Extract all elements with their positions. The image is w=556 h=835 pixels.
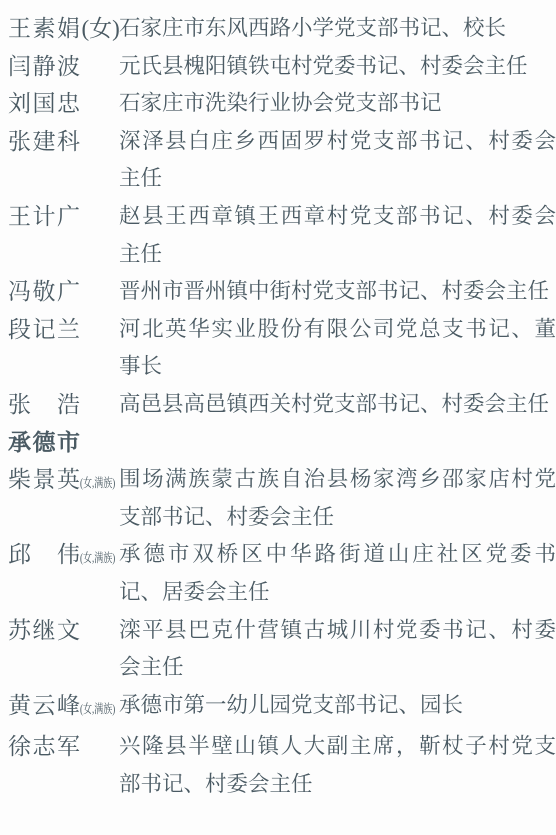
- person-description: 承德市双桥区中华路街道山庄社区党委书记、居委会主任: [119, 536, 556, 611]
- list-item: 柴景英(女,满族) 围场满族蒙古族自治县杨家湾乡邵家店村党支部书记、村委会主任: [8, 461, 556, 536]
- description-line: 事长: [119, 348, 556, 386]
- section-title: 承德市: [8, 424, 82, 462]
- description-line: 兴隆县半壁山镇人大副主席，靳杖子村党支: [119, 728, 556, 766]
- description-line: 主任: [119, 160, 556, 198]
- description-line: 石家庄市洗染行业协会党支部书记: [119, 85, 556, 123]
- person-description: 高邑县高邑镇西关村党支部书记、村委会主任: [119, 386, 556, 424]
- person-description: 深泽县白庄乡西固罗村党支部书记、村委会主任: [119, 123, 556, 198]
- person-description: 兴隆县半壁山镇人大副主席，靳杖子村党支部书记、村委会主任: [119, 728, 556, 803]
- description-line: 承德市第一幼儿园党支部书记、园长: [119, 687, 556, 725]
- list-item: 张 浩 高邑县高邑镇西关村党支部书记、村委会主任: [8, 386, 556, 424]
- description-line: 支部书记、村委会主任: [119, 499, 556, 537]
- person-name: 王计广: [8, 204, 82, 229]
- person-name-cell: 苏继文: [8, 612, 119, 650]
- person-name: 刘国忠: [8, 91, 82, 116]
- person-name-cell: 王素娟(女): [8, 10, 119, 48]
- person-name: 柴景英: [8, 467, 82, 492]
- person-name: 王素娟: [8, 16, 82, 41]
- person-description: 承德市第一幼儿园党支部书记、园长: [119, 687, 556, 725]
- person-name: 苏继文: [8, 618, 82, 643]
- description-line: 滦平县巴克什营镇古城川村党委书记、村委: [119, 612, 556, 650]
- entry-list: 王素娟(女) 石家庄市东风西路小学党支部书记、校长 闫静波 元氏县槐阳镇铁屯村党…: [8, 10, 556, 803]
- person-name-cell: 张建科: [8, 123, 119, 161]
- description-line: 承德市双桥区中华路街道山庄社区党委书: [119, 536, 556, 574]
- person-description: 河北英华实业股份有限公司党总支书记、董事长: [119, 311, 556, 386]
- person-name-cell: 刘国忠: [8, 85, 119, 123]
- description-line: 会主任: [119, 649, 556, 687]
- person-description: 滦平县巴克什营镇古城川村党委书记、村委会主任: [119, 612, 556, 687]
- list-item: 黄云峰(女,满族) 承德市第一幼儿园党支部书记、园长: [8, 687, 556, 729]
- list-item: 邱 伟(女,满族) 承德市双桥区中华路街道山庄社区党委书记、居委会主任: [8, 536, 556, 611]
- person-name: 邱 伟: [8, 542, 82, 567]
- person-name: 冯敬广: [8, 279, 82, 304]
- person-annotation: (女,满族): [80, 540, 109, 578]
- person-name-cell: 冯敬广: [8, 273, 119, 311]
- list-item: 刘国忠 石家庄市洗染行业协会党支部书记: [8, 85, 556, 123]
- person-annotation: (女,满族): [80, 691, 109, 729]
- person-name-cell: 邱 伟(女,满族): [8, 536, 119, 578]
- description-line: 元氏县槐阳镇铁屯村党委书记、村委会主任: [119, 48, 556, 86]
- person-annotation: (女): [82, 16, 120, 41]
- description-line: 围场满族蒙古族自治县杨家湾乡邵家店村党: [119, 461, 556, 499]
- person-description: 赵县王西章镇王西章村党支部书记、村委会主任: [119, 198, 556, 273]
- description-line: 记、居委会主任: [119, 574, 556, 612]
- person-description: 晋州市晋州镇中街村党支部书记、村委会主任: [119, 273, 556, 311]
- person-name-cell: 柴景英(女,满族): [8, 461, 119, 503]
- description-line: 石家庄市东风西路小学党支部书记、校长: [119, 10, 556, 48]
- description-line: 部书记、村委会主任: [119, 766, 556, 804]
- document-page: 王素娟(女) 石家庄市东风西路小学党支部书记、校长 闫静波 元氏县槐阳镇铁屯村党…: [0, 0, 556, 835]
- list-item: 张建科 深泽县白庄乡西固罗村党支部书记、村委会主任: [8, 123, 556, 198]
- person-name: 张 浩: [8, 392, 82, 417]
- person-name: 段记兰: [8, 317, 82, 342]
- person-description: 围场满族蒙古族自治县杨家湾乡邵家店村党支部书记、村委会主任: [119, 461, 556, 536]
- list-item: 王计广 赵县王西章镇王西章村党支部书记、村委会主任: [8, 198, 556, 273]
- person-name: 黄云峰: [8, 693, 82, 718]
- person-name: 闫静波: [8, 54, 82, 79]
- person-description: 石家庄市东风西路小学党支部书记、校长: [119, 10, 556, 48]
- list-item: 冯敬广 晋州市晋州镇中街村党支部书记、村委会主任: [8, 273, 556, 311]
- description-line: 高邑县高邑镇西关村党支部书记、村委会主任: [119, 386, 556, 424]
- person-name-cell: 闫静波: [8, 48, 119, 86]
- person-annotation: (女,满族): [80, 465, 109, 503]
- list-item: 王素娟(女) 石家庄市东风西路小学党支部书记、校长: [8, 10, 556, 48]
- list-item: 苏继文 滦平县巴克什营镇古城川村党委书记、村委会主任: [8, 612, 556, 687]
- person-name-cell: 王计广: [8, 198, 119, 236]
- description-line: 深泽县白庄乡西固罗村党支部书记、村委会: [119, 123, 556, 161]
- person-name: 徐志军: [8, 734, 82, 759]
- section-header: 承德市: [8, 424, 556, 462]
- description-line: 河北英华实业股份有限公司党总支书记、董: [119, 311, 556, 349]
- person-name: 张建科: [8, 129, 82, 154]
- description-line: 晋州市晋州镇中街村党支部书记、村委会主任: [119, 273, 556, 311]
- description-line: 主任: [119, 236, 556, 274]
- description-line: 赵县王西章镇王西章村党支部书记、村委会: [119, 198, 556, 236]
- person-name-cell: 黄云峰(女,满族): [8, 687, 119, 729]
- person-name-cell: 段记兰: [8, 311, 119, 349]
- person-name-cell: 张 浩: [8, 386, 119, 424]
- list-item: 徐志军 兴隆县半壁山镇人大副主席，靳杖子村党支部书记、村委会主任: [8, 728, 556, 803]
- person-name-cell: 徐志军: [8, 728, 119, 766]
- person-description: 元氏县槐阳镇铁屯村党委书记、村委会主任: [119, 48, 556, 86]
- list-item: 段记兰 河北英华实业股份有限公司党总支书记、董事长: [8, 311, 556, 386]
- list-item: 闫静波 元氏县槐阳镇铁屯村党委书记、村委会主任: [8, 48, 556, 86]
- person-description: 石家庄市洗染行业协会党支部书记: [119, 85, 556, 123]
